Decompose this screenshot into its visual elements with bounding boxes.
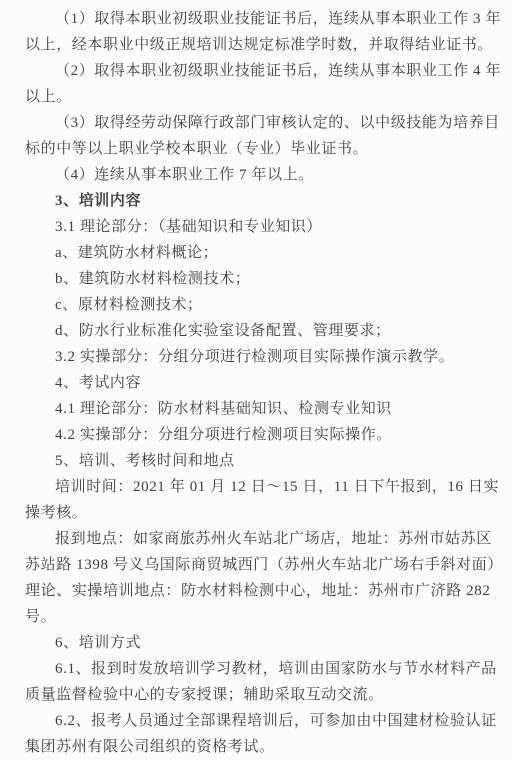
text-line: 4.2 实操部分：分组分项进行检测项目实际操作。 [25, 422, 490, 448]
text-line: 3.1 理论部分：（基础知识和专业知识） [25, 214, 490, 240]
text-line: 号。 [25, 604, 490, 630]
section-heading: 3、培训内容 [25, 188, 490, 214]
text-line: 质量监督检验中心的专家授课；辅助采取互动交流。 [25, 682, 490, 708]
text-line: b、建筑防水材料检测技术； [25, 266, 490, 292]
text-line: 标的中等以上职业学校本职业（专业）毕业证书。 [25, 136, 490, 162]
document-page: （1）取得本职业初级职业技能证书后，连续从事本职业工作 3 年以上，经本职业中级… [0, 0, 512, 760]
text-line: 操考核。 [25, 500, 490, 526]
document-body: （1）取得本职业初级职业技能证书后，连续从事本职业工作 3 年以上，经本职业中级… [25, 6, 490, 760]
text-line: 苏站路 1398 号义乌国际商贸城西门（苏州火车站北广场右手斜对面） [25, 552, 490, 578]
text-line: 报到地点：如家商旅苏州火车站北广场店，地址：苏州市姑苏区 [25, 526, 490, 552]
text-line: 以上。 [25, 84, 490, 110]
text-line: 以上，经本职业中级正规培训达规定标准学时数，并取得结业证书。 [25, 32, 490, 58]
text-line: 4.1 理论部分：防水材料基础知识、检测专业知识 [25, 396, 490, 422]
text-line: 6.1、报到时发放培训学习教材，培训由国家防水与节水材料产品 [25, 656, 490, 682]
text-line: （2）取得本职业初级职业技能证书后，连续从事本职业工作 4 年 [25, 58, 490, 84]
text-line: （3）取得经劳动保障行政部门审核认定的、以中级技能为培养目 [25, 110, 490, 136]
text-line: c、原材料检测技术； [25, 292, 490, 318]
text-line: 5、培训、考核时间和地点 [25, 448, 490, 474]
text-line: 集团苏州有限公司组织的资格考试。 [25, 734, 490, 760]
text-line: （1）取得本职业初级职业技能证书后，连续从事本职业工作 3 年 [25, 6, 490, 32]
text-line: a、建筑防水材料概论； [25, 240, 490, 266]
text-line: 3.2 实操部分：分组分项进行检测项目实际操作演示教学。 [25, 344, 490, 370]
text-line: d、防水行业标准化实验室设备配置、管理要求； [25, 318, 490, 344]
text-line: 6.2、报考人员通过全部课程培训后，可参加由中国建材检验认证 [25, 708, 490, 734]
text-line: 4、考试内容 [25, 370, 490, 396]
text-line: 理论、实操培训地点：防水材料检测中心，地址：苏州市广济路 282 [25, 578, 490, 604]
text-line: 培训时间：2021 年 01 月 12 日～15 日，11 日下午报到，16 日… [25, 474, 490, 500]
text-line: （4）连续从事本职业工作 7 年以上。 [25, 162, 490, 188]
text-line: 6、培训方式 [25, 630, 490, 656]
